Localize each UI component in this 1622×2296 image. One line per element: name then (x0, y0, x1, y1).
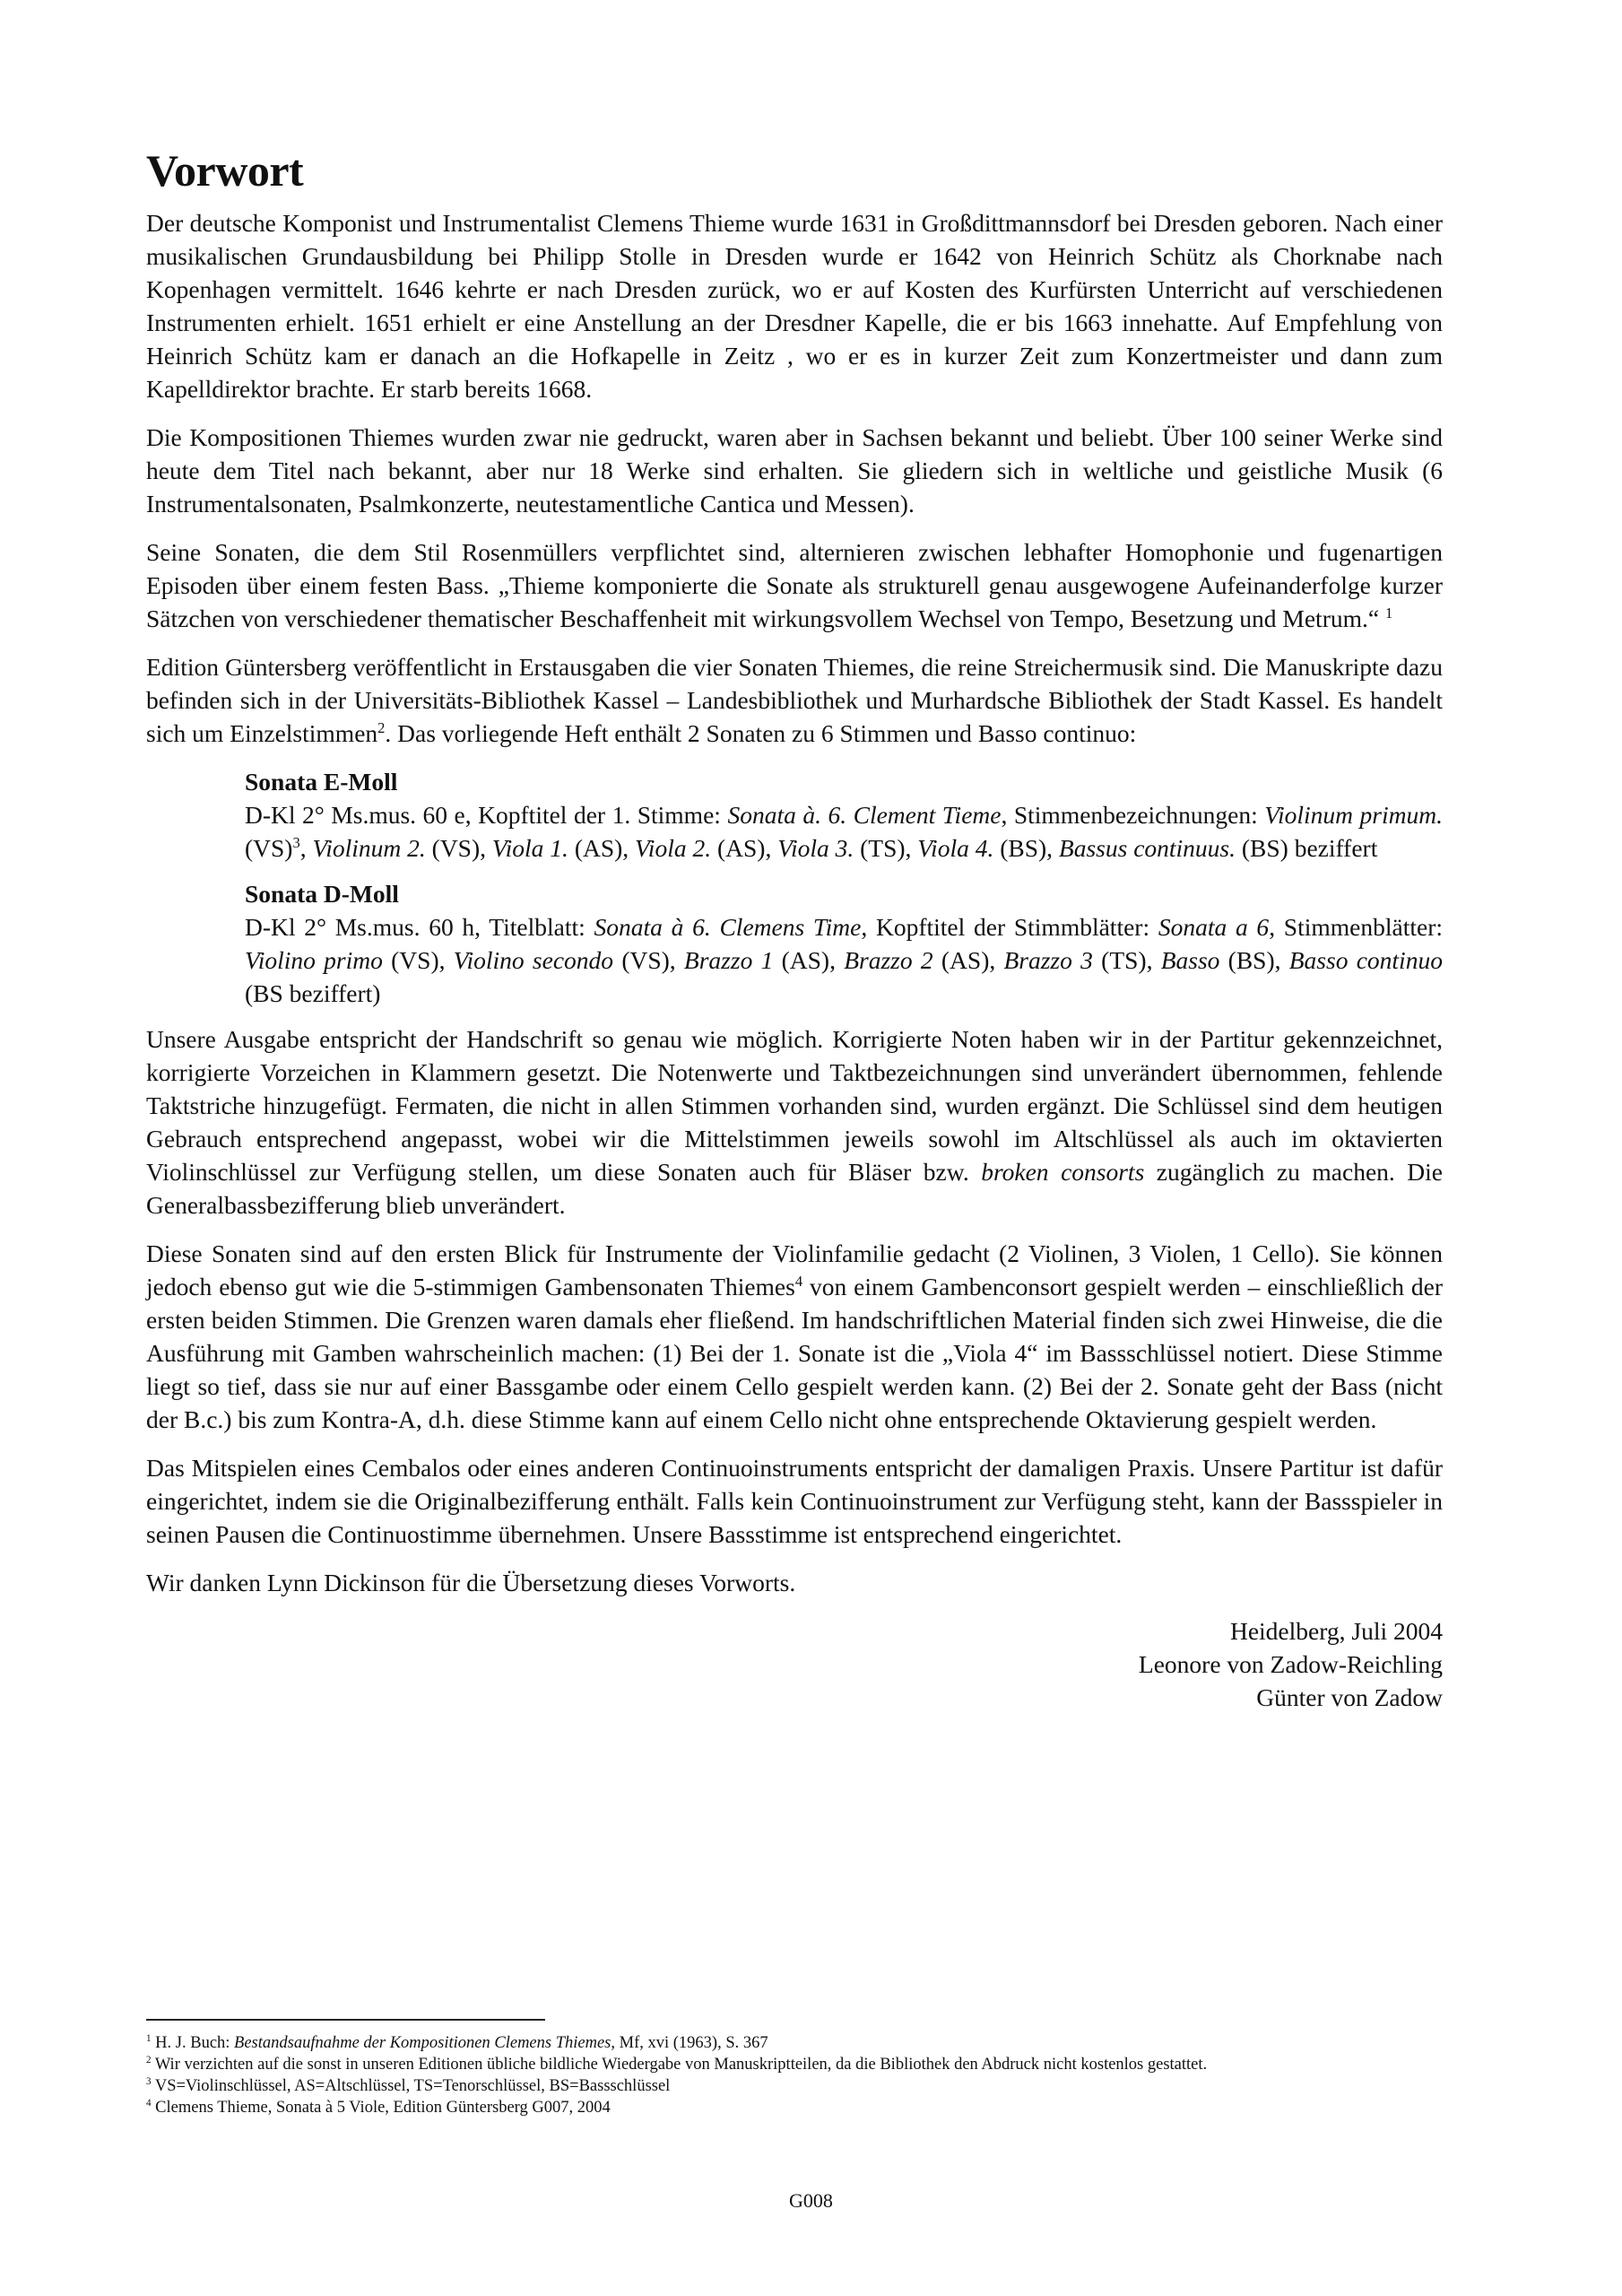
page-number: G008 (0, 2188, 1622, 2213)
source-text-run: , (300, 834, 313, 862)
source-title: Sonata E-Moll (245, 765, 1443, 798)
footnote-4: 4 Clemens Thieme, Sonata à 5 Viole, Edit… (146, 2097, 1443, 2118)
source-text-run: D-Kl 2° Ms.mus. 60 h, Titelblatt: (245, 913, 594, 941)
footnote-1: 1 H. J. Buch: Bestandsaufnahme der Kompo… (146, 2032, 1443, 2054)
italic-title: Sonata a 6 (1158, 913, 1269, 941)
paragraph-continuo: Das Mitspielen eines Cembalos oder eines… (146, 1451, 1443, 1551)
paragraph-instrumentation: Diese Sonaten sind auf den ersten Blick … (146, 1237, 1443, 1436)
footnote-italic-title: Bestandsaufnahme der Kompositionen Cleme… (234, 2034, 611, 2052)
source-text-run: (TS), (854, 834, 917, 862)
italic-title: Violinum 2. (312, 834, 425, 862)
italic-title: Basso (1161, 946, 1220, 974)
source-text-run: (TS), (1093, 946, 1161, 974)
paragraph-text: . Das vorliegende Heft enthält 2 Sonaten… (385, 719, 1136, 747)
footnote-ref[interactable]: 3 (292, 834, 299, 851)
signature-author: Günter von Zadow (146, 1681, 1443, 1714)
italic-title: Brazzo 3 (1003, 946, 1092, 974)
source-description: D-Kl 2° Ms.mus. 60 e, Kopftitel der 1. S… (245, 798, 1443, 865)
italic-title: Brazzo 1 (684, 946, 773, 974)
paragraph-compositions: Die Kompositionen Thiemes wurden zwar ni… (146, 421, 1443, 520)
paragraph-thanks: Wir danken Lynn Dickinson für die Überse… (146, 1566, 1443, 1599)
italic-term: broken consorts (981, 1158, 1144, 1186)
source-text-run: (AS), (773, 946, 844, 974)
signature-author: Leonore von Zadow-Reichling (146, 1648, 1443, 1681)
footnote-text: Wir verzichten auf die sonst in unseren … (152, 2056, 1208, 2074)
footnote-text: Clemens Thieme, Sonata à 5 Viole, Editio… (152, 2099, 611, 2117)
italic-title: Sonata à. 6. Clement Tieme (727, 801, 1001, 829)
italic-title: Viola 1. (492, 834, 568, 862)
source-text-run: (VS), (613, 946, 684, 974)
footnote-text: VS=Violinschlüssel, AS=Altschlüssel, TS=… (152, 2077, 671, 2095)
footnotes: 1 H. J. Buch: Bestandsaufnahme der Kompo… (146, 2032, 1443, 2118)
italic-title: Viola 3. (777, 834, 854, 862)
source-title: Sonata D-Moll (245, 877, 1443, 910)
source-text-run: (AS), (568, 834, 635, 862)
source-text-run: (BS), (1219, 946, 1288, 974)
source-text-run: (AS), (711, 834, 777, 862)
source-text-run: (BS), (993, 834, 1059, 862)
source-text-run: (VS), (383, 946, 454, 974)
source-text-run: , Stim­menblätter: (1269, 913, 1443, 941)
source-description: D-Kl 2° Ms.mus. 60 h, Titelblatt: Sonata… (245, 910, 1443, 1010)
source-text-run: (VS), (426, 834, 492, 862)
paragraph-text: Seine Sonaten, die dem Stil Rosenmüllers… (146, 538, 1443, 632)
italic-title: Violi­num primum. (1264, 801, 1443, 829)
source-text-run: , Kopftitel der Stimmblätter: (861, 913, 1158, 941)
paragraph-sonatas-style: Seine Sonaten, die dem Stil Rosenmüllers… (146, 535, 1443, 635)
footnote-divider (146, 2019, 545, 2021)
source-text-run: (BS) beziffert (1236, 834, 1377, 862)
footnote-ref-1[interactable]: 1 (1385, 604, 1392, 622)
footnote-ref-4[interactable]: 4 (795, 1273, 802, 1290)
source-text-run: (BS beziffert) (245, 979, 380, 1007)
document-page: Vorwort Der deutsche Komponist und Instr… (146, 135, 1443, 1714)
footnote-text: H. J. Buch: (152, 2034, 235, 2052)
source-text-run: (AS), (933, 946, 1004, 974)
source-text-run: D-Kl 2° Ms.mus. 60 e, Kopftitel der 1. S… (245, 801, 727, 829)
page-title: Vorwort (146, 135, 1443, 206)
signature-place-date: Heidelberg, Juli 2004 (146, 1614, 1443, 1648)
italic-title: Viola 4. (917, 834, 993, 862)
signature-block: Heidelberg, Juli 2004 Leonore von Zadow-… (146, 1614, 1443, 1714)
footnote-2: 2 Wir verzichten auf die sonst in unsere… (146, 2054, 1443, 2075)
paragraph-edition: Edition Güntersberg veröffentlicht in Er… (146, 650, 1443, 750)
italic-title: Bassus conti­nuus. (1059, 834, 1236, 862)
source-text-run: (VS) (245, 834, 292, 862)
source-entry-e-moll: Sonata E-Moll D-Kl 2° Ms.mus. 60 e, Kopf… (245, 765, 1443, 865)
source-entry-d-moll: Sonata D-Moll D-Kl 2° Ms.mus. 60 h, Tite… (245, 877, 1443, 1010)
italic-title: Viola 2. (635, 834, 711, 862)
italic-title: Violino primo (245, 946, 383, 974)
paragraph-editorial-notes: Unsere Ausgabe entspricht der Handschrif… (146, 1022, 1443, 1222)
italic-title: Basso continuo (1289, 946, 1443, 974)
italic-title: Sonata à 6. Clemens Time (594, 913, 862, 941)
italic-title: Brazzo 2 (844, 946, 932, 974)
italic-title: Violino secondo (454, 946, 613, 974)
footnote-3: 3 VS=Violinschlüssel, AS=Altschlüssel, T… (146, 2075, 1443, 2097)
footnote-text: , Mf, xvi (1963), S. 367 (611, 2034, 768, 2052)
source-text-run: , Stimmenbezeichnungen: (1001, 801, 1264, 829)
paragraph-biography: Der deutsche Komponist und Instrumentali… (146, 206, 1443, 405)
